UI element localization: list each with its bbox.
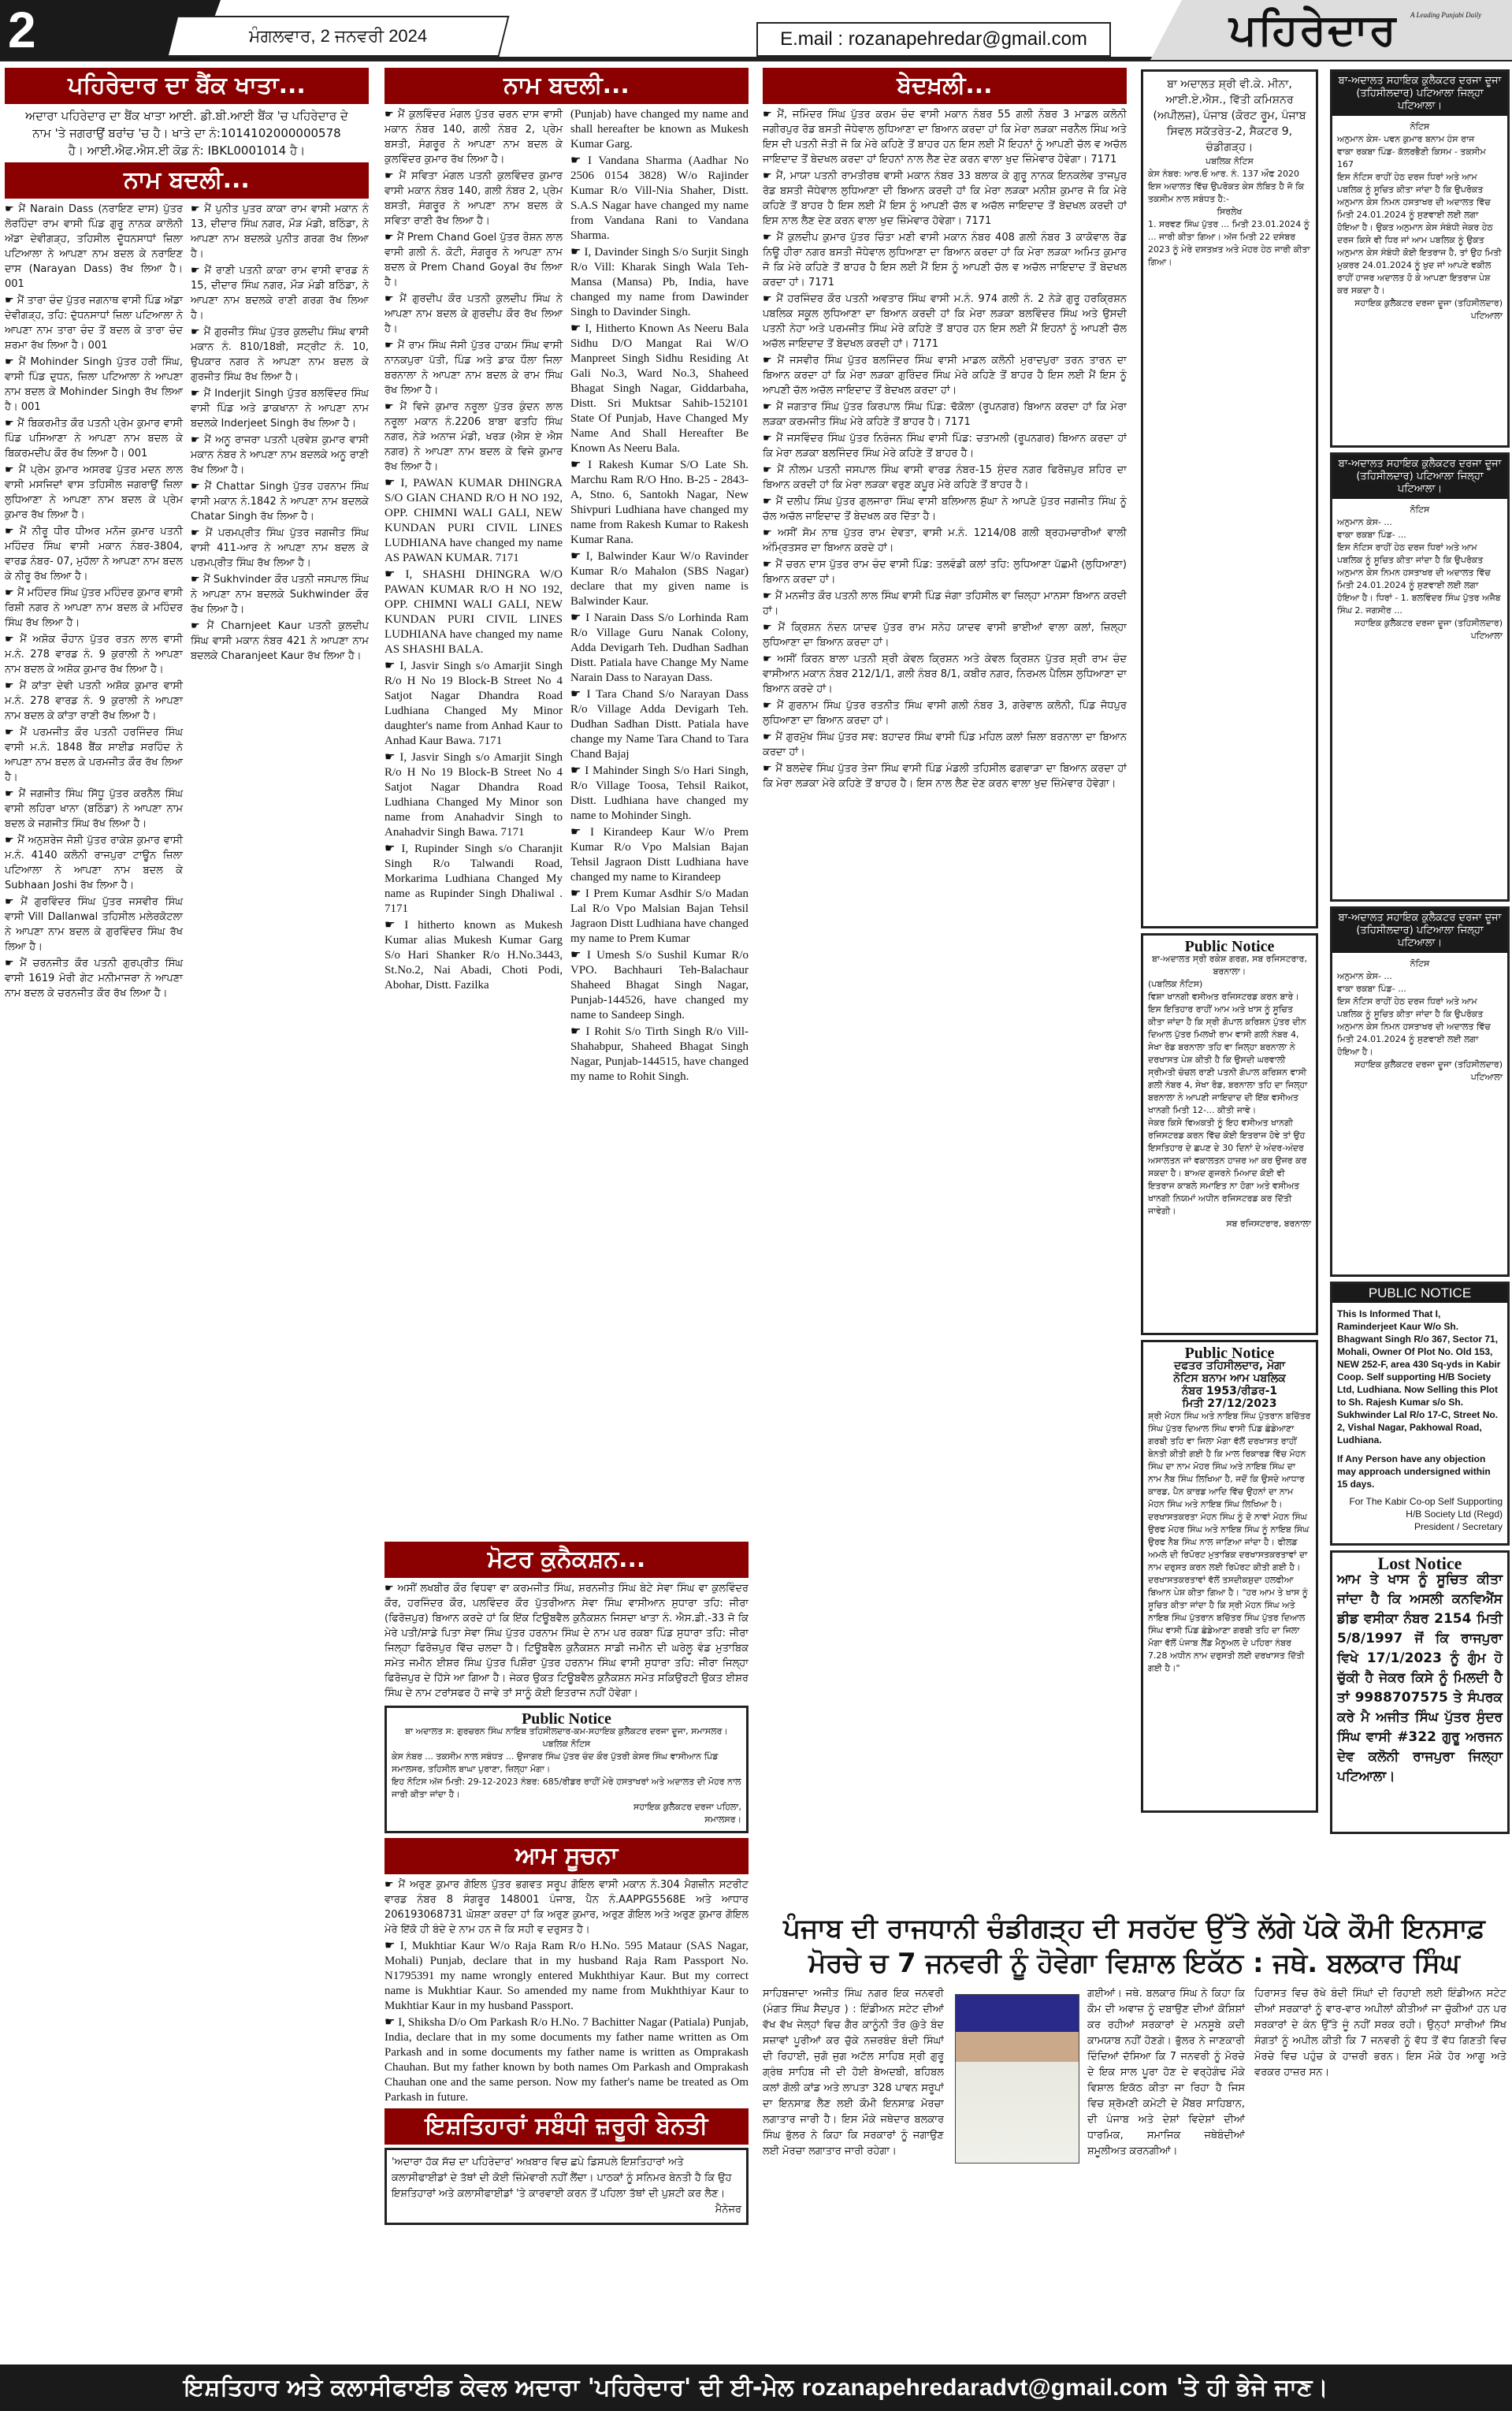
list-item: ☛ ਮੈਂ ਰਾਮ ਸਿੰਘ ਜੱਸੀ ਪੁੱਤਰ ਹਾਕਮ ਸਿੰਘ ਵਾਸੀ… [385, 338, 563, 398]
samasalar-public-notice: Public Notice ਬਾ ਅਦਾਲਤ ਸ: ਗੁਰਚਰਨ ਸਿੰਘ ਨਾ… [385, 1706, 749, 1833]
list-item: ☛ I Umesh S/o Sushil Kumar R/o VPO. Bach… [570, 948, 749, 1023]
list-item: ☛ ਮੈਂ ਅਸ਼ੋਕ ਚੌਹਾਨ ਪੁੱਤਰ ਰਤਨ ਲਾਲ ਵਾਸੀ ਮ.ਨ… [5, 632, 183, 677]
list-item: ☛ I Vandana Sharma (Aadhar No 2506 0154 … [570, 154, 749, 244]
list-item: ☛ I, Davinder Singh S/o Surjit Singh R/o… [570, 245, 749, 320]
list-item: ☛ ਮੈਂ ਬਿਕਰਮੀਤ ਕੌਰ ਪਤਨੀ ਪ੍ਰੇਮ ਕੁਮਾਰ ਵਾਸੀ … [5, 416, 183, 461]
tagline: A Leading Punjabi Daily [1410, 11, 1481, 19]
list-item: ☛ I, Hitherto Known As Neeru Bala Sidhu … [570, 322, 749, 456]
list-item: ☛ I Prem Kumar Asdhir S/o Madan Lal R/o … [570, 887, 749, 947]
list-item: ☛ I, Shiksha D/o Om Parkash R/o H.No. 7 … [385, 2015, 749, 2105]
name-change-list-2: ☛ ਮੈਂ ਕੁਲਵਿੰਦਰ ਮੰਗਲ ਪੁੱਤਰ ਚਰਨ ਦਾਸ ਵਾਸੀ ਮ… [385, 107, 749, 1289]
list-item: ☛ ਮੈਂ ਅਨੁਸ਼ਰੇਜ ਜੋਸ਼ੀ ਪੁੱਤਰ ਰਾਕੇਸ਼ ਕੁਮਾਰ … [5, 833, 183, 893]
list-item: ☛ ਮੈਂ ਗੁਰਦੀਪ ਕੌਰ ਪਤਨੀ ਕੁਲਦੀਪ ਸਿੰਘ ਨੇ ਆਪਣ… [385, 292, 563, 337]
list-item: ☛ I Kirandeep Kaur W/o Prem Kumar R/o Vp… [570, 825, 749, 885]
disinheritance-heading: ਬੇਦਖ਼ਲੀ... [763, 68, 1127, 104]
news-headline: ਪੰਜਾਬ ਦੀ ਰਾਜਧਾਨੀ ਚੰਡੀਗੜ੍ਹ ਦੀ ਸਰਹੱਦ ਉੱਤੇ … [756, 1911, 1512, 1981]
name-change-heading: ਨਾਮ ਬਦਲੀ... [5, 162, 369, 199]
motor-connection-body: ☛ ਅਸੀਂ ਲਖਬੀਰ ਕੌਰ ਵਿਧਵਾ ਵਾ ਕਰਮਜੀਤ ਸਿੰਘ, ਸ… [385, 1581, 749, 1701]
list-item: ☛ I Rohit S/o Tirth Singh R/o Vill- Shah… [570, 1025, 749, 1085]
bank-account-heading: ਪਹਿਰੇਦਾਰ ਦਾ ਬੈਂਕ ਖਾਤਾ... [5, 68, 369, 104]
list-item: ☛ ਮੈਂ Prem Chand Goel ਪੁੱਤਰ ਰੋਸ਼ਨ ਲਾਲ ਵਾ… [385, 230, 563, 290]
news-story-col-2: ਗਈਆਂ। ਜਥੇ. ਬਲਕਾਰ ਸਿੰਘ ਨੇ ਕਿਹਾ ਕਿ ਕੌਮ ਦੀ … [1087, 1986, 1245, 2357]
list-item: ☛ ਮੈਂ ਪੁਨੀਤ ਪੁਤਰ ਕਾਕਾ ਰਾਮ ਵਾਸੀ ਮਕਾਨ ਨੰ 1… [191, 202, 369, 262]
list-item: ☛ ਮੈਂ ਸਵਿਤਾ ਮੰਗਲ ਪਤਨੀ ਕੁਲਵਿੰਦਰ ਕੁਮਾਰ ਵਾਸ… [385, 169, 563, 229]
list-item: ☛ ਮੈਂ ਪਰਮਪ੍ਰੀਤ ਸਿੰਘ ਪੁੱਤਰ ਜਗਜੀਤ ਸਿੰਘ ਵਾਸ… [191, 526, 369, 571]
list-item: ☛ ਮੈਂ ਪਰਮਜੀਤ ਕੌਰ ਪਤਨੀ ਹਰਜਿੰਦਰ ਸਿੰਘ ਵਾਸੀ … [5, 725, 183, 785]
list-item: ☛ ਮੈਂ ਹਰਜਿੰਦਰ ਕੌਰ ਪਤਨੀ ਅਵਤਾਰ ਸਿੰਘ ਵਾਸੀ ਮ… [763, 292, 1127, 352]
motor-connection-heading: ਮੋਟਰ ਕੁਨੈਕਸ਼ਨ... [385, 1542, 749, 1578]
list-item: ☛ ਮੈਂ ਕਾਂਤਾ ਦੇਵੀ ਪਤਨੀ ਅਸ਼ੋਕ ਕੁਮਾਰ ਵਾਸੀ ਮ… [5, 679, 183, 724]
list-item: ☛ I, Jasvir Singh s/o Amarjit Singh R/o … [385, 659, 563, 749]
list-item: ☛ ਮੈਂ ਕੁਲਦੀਪ ਕੁਮਾਰ ਪੁੱਤਰ ਚਿੰਤਾ ਮਣੀ ਵਾਸੀ … [763, 230, 1127, 290]
list-item: ☛ I, Rupinder Singh s/o Charanjit Singh … [385, 842, 563, 917]
list-item: ☛ I Tara Chand S/o Narayan Dass R/o Vill… [570, 687, 749, 762]
column-3: ਬੇਦਖ਼ਲੀ... ☛ ਮੈਂ, ਜਮਿੰਦਰ ਸਿੰਘ ਪੁੱਤਰ ਕਰਮ … [763, 65, 1127, 1901]
list-item: ☛ ਮੈਂ ਪ੍ਰੇਮ ਕੁਮਾਰ ਅਸਰਫ ਪੁੱਤਰ ਮਦਨ ਲਾਲ ਵਾਸ… [5, 463, 183, 523]
news-story-col-1: ਸਾਹਿਬਜਾਦਾ ਅਜੀਤ ਸਿੰਘ ਨਗਰ ਇਕ ਜਨਵਰੀ (ਮੰਗਤ ਸ… [763, 1986, 944, 2357]
column-2: ਨਾਮ ਬਦਲੀ... ☛ ਮੈਂ ਕੁਲਵਿੰਦਰ ਮੰਗਲ ਪੁੱਤਰ ਚਰ… [385, 65, 749, 2362]
list-item: ☛ I, Balwinder Kaur W/o Ravinder Kumar R… [570, 549, 749, 609]
list-item: ☛ ਅਸੀਂ ਕਿਰਨ ਬਾਲਾ ਪਤਨੀ ਸ਼੍ਰੀ ਕੇਵਲ ਕ੍ਰਿਸ਼ਨ… [763, 652, 1127, 697]
patiala-notice-2: ਬਾ-ਅਦਾਲਤ ਸਹਾਇਕ ਕੁਲੈਕਟਰ ਦਰਜਾ ਦੂਜਾ (ਤਹਿਸੀਲ… [1330, 452, 1510, 902]
list-item: ☛ ਮੈਂ Charnjeet Kaur ਪਤਨੀ ਕੁਲਦੀਪ ਸਿੰਘ ਵਾ… [191, 619, 369, 664]
list-item: ☛ ਮੈਂ, ਜਮਿੰਦਰ ਸਿੰਘ ਪੁੱਤਰ ਕਰਮ ਚੰਦ ਵਾਸੀ ਮਕ… [763, 107, 1127, 167]
jathedar-photo [955, 1994, 1079, 2164]
list-item: ☛ I Rakesh Kumar S/O Late Sh. Marchu Ram… [570, 458, 749, 548]
list-item: ☛ ਮੈਂ ਬਲਦੇਵ ਸਿੰਘ ਪੁੱਤਰ ਤੇਜਾ ਸਿੰਘ ਵਾਸੀ ਪਿ… [763, 761, 1127, 791]
list-item: ☛ ਮੈਂ ਵਿਜੇ ਕੁਮਾਰ ਨਰੂਲਾ ਪੁੱਤਰ ਕੁੰਦਨ ਲਾਲ ਨ… [385, 400, 563, 474]
list-item: ☛ I, PAWAN KUMAR DHINGRA S/O GIAN CHAND … [385, 476, 563, 566]
list-item: (Punjab) have changed my name and shall … [570, 107, 749, 152]
list-item: ☛ ਮੈਂ ਗੁਰਨਾਮ ਸਿੰਘ ਪੁੱਤਰ ਰਤਨੀਤ ਸਿੰਘ ਵਾਸੀ … [763, 698, 1127, 728]
masthead: 2 ਮੰਗਲਵਾਰ, 2 ਜਨਵਰੀ 2024 E.mail : rozanap… [0, 0, 1512, 61]
court-notice-vk-meena: ਬਾ ਅਦਾਲਤ ਸ਼੍ਰੀ ਵੀ.ਕੇ. ਮੀਨਾ, ਆਈ.ਏ.ਐਸ., ਵਿ… [1141, 69, 1318, 928]
page-number: 2 [0, 0, 63, 60]
column-4: ਬਾ ਅਦਾਲਤ ਸ਼੍ਰੀ ਵੀ.ਕੇ. ਮੀਨਾ, ਆਈ.ਏ.ਐਸ., ਵਿ… [1141, 65, 1318, 1901]
list-item: ☛ ਮੈਂ Inderjit Singh ਪੁੱਤਰ ਬਲਵਿੰਦਰ ਸਿੰਘ … [191, 386, 369, 431]
list-item: ☛ ਮੈਂ Mohinder Singh ਪੁੱਤਰ ਹਰੀ ਸਿੰਘ, ਵਾਸ… [5, 355, 183, 415]
list-item: ☛ ਮੈਂ ਜਗਤਾਰ ਸਿੰਘ ਪੁੱਤਰ ਕਿਰਪਾਲ ਸਿੰਘ ਪਿੰਡ:… [763, 400, 1127, 430]
list-item: ☛ ਮੈਂ ਦਲੀਪ ਸਿੰਘ ਪੁੱਤਰ ਗੁਲਜਾਰਾ ਸਿੰਘ ਵਾਸੀ … [763, 494, 1127, 524]
name-change-heading-2: ਨਾਮ ਬਦਲੀ... [385, 68, 749, 104]
list-item: ☛ I, SHASHI DHINGRA W/O PAWAN KUMAR R/O … [385, 567, 563, 657]
list-item: ☛ I, Jasvir Singh s/o Amarjit Singh R/o … [385, 750, 563, 840]
list-item: ☛ ਮੈਂ ਤਾਰਾ ਚੰਦ ਪੁੱਤਰ ਜਗਨਾਥ ਵਾਸੀ ਪਿੰਡ ਅੱਡ… [5, 293, 183, 353]
footer-email[interactable]: rozanapehredaradvt@gmail.com [802, 2375, 1168, 2401]
list-item: ☛ ਮੈਂ ਜਸਵਿੰਦਰ ਸਿੰਘ ਪੁੱਤਰ ਨਿਰੰਜਨ ਸਿੰਘ ਵਾਸ… [763, 431, 1127, 461]
news-story-col-3: ਹਿਰਾਸਤ ਵਿਚ ਰੱਖੇ ਬੰਦੀ ਸਿੰਘਾਂ ਦੀ ਰਿਹਾਈ ਲਈ … [1254, 1986, 1506, 2357]
list-item: ☛ ਮੈਂ ਅਰੁਣ ਕੁਮਾਰ ਗੋਇਲ ਪੁੱਤਰ ਭਗਵਤ ਸਰੂਪ ਗੋ… [385, 1877, 749, 1937]
list-item: ☛ ਮੈਂ ਗੁਰਵਿੰਦਰ ਸਿੰਘ ਪੁੱਤਰ ਜਸਵੀਰ ਸਿੰਘ ਵਾਸ… [5, 895, 183, 954]
column-5: ਬਾ-ਅਦਾਲਤ ਸਹਾਇਕ ਕੁਲੈਕਟਰ ਦਰਜਾ ਦੂਜਾ (ਤਹਿਸੀਲ… [1330, 65, 1510, 1901]
list-item: ☛ ਮੈਂ ਜਸਵੀਰ ਸਿੰਘ ਪੁੱਤਰ ਬਲਜਿੰਦਰ ਸਿੰਘ ਵਾਸੀ… [763, 353, 1127, 398]
list-item: ☛ ਮੈਂ ਕ੍ਰਿਸ਼ਨ ਨੰਦਨ ਯਾਦਵ ਪੁੱਤਰ ਰਾਮ ਸਨੇਹ ਯ… [763, 620, 1127, 650]
newspaper-logo: ਪਹਿਰੇਦਾਰ [1229, 5, 1398, 55]
list-item: ☛ ਮੈਂ ਗੁਰਮੁੱਖ ਸਿੰਘ ਪੁੱਤਰ ਸਵ: ਬਹਾਦਰ ਸਿੰਘ … [763, 730, 1127, 760]
patiala-notice-1: ਬਾ-ਅਦਾਲਤ ਸਹਾਇਕ ਕੁਲੈਕਟਰ ਦਰਜਾ ਦੂਜਾ (ਤਹਿਸੀਲ… [1330, 69, 1510, 448]
list-item: ☛ ਮੈਂ ਚਰਨ ਦਾਸ ਪੁੱਤਰ ਰਾਮ ਚੰਦ ਵਾਸੀ ਪਿੰਡ: ਤ… [763, 557, 1127, 587]
list-item: ☛ ਮੈਂ ਮਨਜੀਤ ਕੌਰ ਪਤਨੀ ਲਾਲ ਸਿੰਘ ਵਾਸੀ ਪਿੰਡ … [763, 589, 1127, 619]
list-item: ☛ I Narain Dass S/o Lorhinda Ram R/o Vil… [570, 611, 749, 686]
list-item: ☛ I Mahinder Singh S/o Hari Singh, R/o V… [570, 764, 749, 824]
ad-disclaimer-heading: ਇਸ਼ਤਿਹਾਰਾਂ ਸਬੰਧੀ ਜ਼ਰੂਰੀ ਬੇਨਤੀ [385, 2108, 749, 2145]
list-item: ☛ ਮੈਂ ਚਰਨਜੀਤ ਕੌਰ ਪਤਨੀ ਗੁਰਪ੍ਰੀਤ ਸਿੰਘ ਵਾਸੀ… [5, 956, 183, 1001]
notice-title: Public Notice [392, 1713, 741, 1725]
list-item: ☛ I, Mukhtiar Kaur W/o Raja Ram R/o H.No… [385, 1939, 749, 2014]
footer-banner: ਇਸ਼ਤਿਹਾਰ ਅਤੇ ਕਲਾਸੀਫਾਈਡ ਕੇਵਲ ਅਦਾਰਾ 'ਪਹਿਰੇ… [0, 2364, 1512, 2411]
column-1: ਪਹਿਰੇਦਾਰ ਦਾ ਬੈਂਕ ਖਾਤਾ... ਅਦਾਰਾ ਪਹਿਰੇਦਾਰ … [5, 65, 369, 2362]
lost-notice: Lost Notice ਆਮ ਤੇ ਖਾਸ ਨੂੰ ਸੂਚਿਤ ਕੀਤਾ ਜਾਂ… [1330, 1550, 1510, 1834]
list-item: ☛ ਮੈਂ ਮਹਿੰਦਰ ਸਿੰਘ ਪੁੱਤਰ ਮਹਿੰਦਰ ਕੁਮਾਰ ਵਾਸ… [5, 586, 183, 631]
list-item: ☛ ਮੈਂ ਨੀਲਮ ਪਤਨੀ ਜਸਪਾਲ ਸਿੰਘ ਵਾਸੀ ਵਾਰਡ ਨੰਬ… [763, 463, 1127, 493]
name-change-list: ☛ ਮੈਂ Narain Dass (ਨਰਾਇਣ ਦਾਸ) ਪੁੱਤਰ ਲੋਰਹ… [5, 202, 369, 1003]
list-item: ☛ ਮੈਂ Narain Dass (ਨਰਾਇਣ ਦਾਸ) ਪੁੱਤਰ ਲੋਰਹ… [5, 202, 183, 292]
list-item: ☛ ਮੈਂ Chattar Singh ਪੁੱਤਰ ਹਰਨਾਮ ਸਿੰਘ ਵਾਸ… [191, 479, 369, 524]
kabir-public-notice: PUBLIC NOTICE This Is Informed That I, R… [1330, 1282, 1510, 1546]
barnala-public-notice: Public Notice ਬਾ-ਅਦਾਲਤ ਸ੍ਰੀ ਰਕੇਸ਼ ਗਰਗ, ਸ… [1141, 933, 1318, 1335]
list-item: ☛ ਮੈਂ ਗੁਰਜੀਤ ਸਿੰਘ ਪੁੱਤਰ ਕੁਲਦੀਪ ਸਿੰਘ ਵਾਸੀ… [191, 325, 369, 385]
date-box: ਮੰਗਲਵਾਰ, 2 ਜਨਵਰੀ 2024 [169, 16, 510, 57]
list-item: ☛ ਮੈਂ ਰਾਣੀ ਪਤਨੀ ਕਾਕਾ ਰਾਮ ਵਾਸੀ ਵਾਰਡ ਨੰ 15… [191, 263, 369, 323]
list-item: ☛ I hitherto known as Mukesh Kumar alias… [385, 918, 563, 993]
list-item: ☛ ਮੈਂ ਕੁਲਵਿੰਦਰ ਮੰਗਲ ਪੁੱਤਰ ਚਰਨ ਦਾਸ ਵਾਸੀ ਮ… [385, 107, 563, 167]
list-item: ☛ ਮੈਂ, ਮਾਯਾ ਪਤਨੀ ਰਾਮਤੀਰਥ ਵਾਸੀ ਮਕਾਨ ਨੰਬਰ … [763, 169, 1127, 229]
masthead-email[interactable]: E.mail : rozanapehredar@gmail.com [756, 22, 1111, 57]
list-item: ☛ ਮੈਂ ਨੀਰੂ ਧੀਰ ਧੀਅਰ ਮਨੋਜ ਕੁਮਾਰ ਪਤਨੀ ਮਹਿੰ… [5, 524, 183, 584]
general-notice-heading: ਆਮ ਸੂਚਨਾ [385, 1838, 749, 1874]
patiala-notice-3: ਬਾ-ਅਦਾਲਤ ਸਹਾਇਕ ਕੁਲੈਕਟਰ ਦਰਜਾ ਦੂਜਾ (ਤਹਿਸੀਲ… [1330, 906, 1510, 1277]
ad-disclaimer-box: 'ਅਦਾਰਾ ਹੱਕ ਸੱਚ ਦਾ ਪਹਿਰੇਦਾਰ' ਅਖ਼ਬਾਰ ਵਿਚ ਛ… [385, 2148, 749, 2225]
bank-account-info: ਅਦਾਰਾ ਪਹਿਰੇਦਾਰ ਦਾ ਬੈਂਕ ਖਾਤਾ ਆਈ. ਡੀ.ਬੀ.ਆਈ… [5, 107, 369, 159]
list-item: ☛ ਮੈਂ Sukhvinder ਕੌਰ ਪਤਨੀ ਜਸਪਾਲ ਸਿੰਘ ਨੇ … [191, 572, 369, 617]
list-item: ☛ ਮੈਂ ਜਗਜੀਤ ਸਿੰਘ ਸਿੱਧੂ ਪੁੱਤਰ ਕਰਨੈਲ ਸਿੰਘ … [5, 787, 183, 832]
list-item: ☛ ਮੈਂ ਅਨੂ ਰਾਜਰਾ ਪਤਨੀ ਪ੍ਰਵੇਸ਼ ਕੁਮਾਰ ਵਾਸੀ … [191, 433, 369, 478]
moga-public-notice: Public Notice ਦਫਤਰ ਤਹਿਸੀਲਦਾਰ, ਮੋਗਾ ਨੋਟਿਸ… [1141, 1340, 1318, 1813]
list-item: ☛ ਅਸੀਂ ਸੋਮ ਨਾਥ ਪੁੱਤਰ ਰਾਮ ਦੇਵਤਾ, ਵਾਸੀ ਮ.ਨ… [763, 526, 1127, 556]
issue-date: ਮੰਗਲਵਾਰ, 2 ਜਨਵਰੀ 2024 [249, 26, 427, 47]
